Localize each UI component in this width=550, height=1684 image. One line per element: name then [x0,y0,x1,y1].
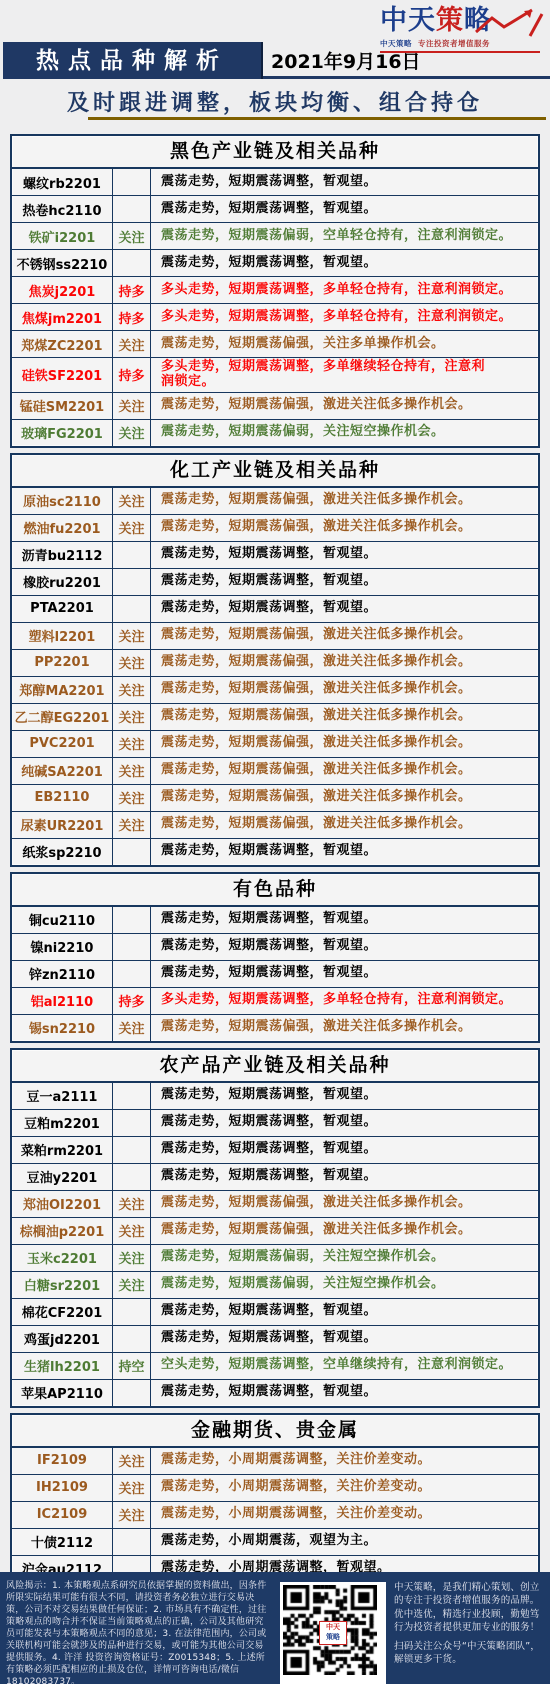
qr-center-logo: 中天 策略 [319,1621,347,1645]
contract-name: 原油sc2110 [12,488,113,514]
strategy-comment: 多头走势，短期震荡调整，多单轻仓持有，注意利润锁定。 [151,277,538,303]
strategy-comment: 多头走势，短期震荡调整，多单继续轻仓持有，注意利润锁定。 [151,358,538,392]
strategy-comment: 震荡走势，短期震荡偏强，激进关注低多操作机会。 [151,623,538,649]
strategy-comment: 多头走势，短期震荡调整，多单轻仓持有，注意利润锁定。 [151,988,538,1014]
table-row: EB2110关注震荡走势，短期震荡偏强，激进关注低多操作机会。 [12,784,538,811]
strategy-comment: 震荡走势，小周期震荡调整，关注价差变动。 [151,1502,538,1528]
stance-label: 关注 [113,812,151,838]
stance-label: 持多 [113,304,151,330]
strategy-comment: 震荡走势，短期震荡调整，暂观望。 [151,1164,538,1190]
contract-name: 铜cu2110 [12,907,113,933]
strategy-comment: 震荡走势，短期震荡偏强，激进关注低多操作机会。 [151,731,538,757]
title-bar: 热点品种解析 2021年9月16日 [3,42,550,79]
strategy-comment: 震荡走势，短期震荡调整，暂观望。 [151,934,538,960]
contract-name: 锡sn2210 [12,1015,113,1041]
strategy-comment: 震荡走势，短期震荡调整，暂观望。 [151,1137,538,1163]
strategy-comment: 震荡走势，短期震荡偏强，激进关注低多操作机会。 [151,515,538,541]
contract-name: PP2201 [12,650,113,676]
contract-name: PVC2201 [12,731,113,757]
stance-label [113,196,151,222]
footer: 风险揭示：1. 本策略观点系研究员依据掌握的资料做出，因条件所限实际结果可能有很… [0,1572,550,1684]
stance-label: 关注 [113,515,151,541]
table-row: 锰硅SM2201关注震荡走势，短期震荡偏强，激进关注低多操作机会。 [12,392,538,419]
contract-name: 纯碱SA2201 [12,758,113,784]
strategy-comment: 震荡走势，短期震荡偏强，激进关注低多操作机会。 [151,785,538,811]
contract-name: IF2109 [12,1448,113,1474]
strategy-comment: 震荡走势，短期震荡调整，暂观望。 [151,1110,538,1136]
contract-name: 锌zn2110 [12,961,113,987]
stance-label: 关注 [113,1218,151,1244]
strategy-comment: 震荡走势，短期震荡调整，暂观望。 [151,1083,538,1109]
stance-label: 关注 [113,1448,151,1474]
table-row: 螺纹rb2201震荡走势，短期震荡调整，暂观望。 [12,169,538,195]
contract-name: 菜粕rm2201 [12,1137,113,1163]
report-date: 2021年9月16日 [263,42,550,79]
stance-label: 关注 [113,1475,151,1501]
table-row: 生猪lh2201持空空头走势，短期震荡调整，空单继续持有，注意利润锁定。 [12,1352,538,1379]
contract-name: 燃油fu2201 [12,515,113,541]
table-row: 十债2112震荡走势，小周期震荡，观望为主。 [12,1528,538,1555]
table-row: IC2109关注震荡走势，小周期震荡调整，关注价差变动。 [12,1501,538,1528]
section-title: 有色品种 [12,874,538,907]
qr-logo-line1: 中天 [320,1622,346,1632]
strategy-comment: 震荡走势，短期震荡调整，暂观望。 [151,196,538,222]
strategy-comment: 震荡走势，短期震荡偏强，激进关注低多操作机会。 [151,650,538,676]
stance-label [113,542,151,568]
contract-name: PTA2201 [12,596,113,622]
contract-name: 铁矿i2201 [12,223,113,249]
stance-label [113,1529,151,1555]
stance-label [113,934,151,960]
brand-promo: 中天策略，是我们精心策划、创立的专注于投资者增值服务的品牌。优中选优，精选行业投… [394,1581,544,1678]
gold-divider [88,117,546,120]
contract-name: 豆一a2111 [12,1083,113,1109]
contract-name: 纸浆sp2210 [12,839,113,865]
table-row: 橡胶ru2201震荡走势，短期震荡调整，暂观望。 [12,568,538,595]
logo-part: 略 [464,5,492,36]
table-row: 塑料l2201关注震荡走势，短期震荡偏强，激进关注低多操作机会。 [12,622,538,649]
contract-name: 鸡蛋jd2201 [12,1326,113,1352]
strategy-comment: 多头走势，短期震荡调整，多单轻仓持有，注意利润锁定。 [151,304,538,330]
stance-label: 关注 [113,1191,151,1217]
contract-name: 郑煤ZC2201 [12,331,113,357]
qr-code: 中天 策略 [280,1582,386,1684]
stance-label [113,961,151,987]
table-row: 郑煤ZC2201关注震荡走势，短期震荡偏强，关注多单操作机会。 [12,330,538,357]
strategy-comment: 震荡走势，短期震荡偏强，激进关注低多操作机会。 [151,1218,538,1244]
page-title: 热点品种解析 [3,42,263,79]
stance-label: 持空 [113,1353,151,1379]
stance-label: 关注 [113,420,151,446]
strategy-comment: 震荡走势，短期震荡调整，暂观望。 [151,596,538,622]
table-row: 尿素UR2201关注震荡走势，短期震荡偏强，激进关注低多操作机会。 [12,811,538,838]
strategy-comment: 震荡走势，短期震荡偏强，关注多单操作机会。 [151,331,538,357]
logo-part: 中天 [380,5,436,36]
section-table: 黑色产业链及相关品种螺纹rb2201震荡走势，短期震荡调整，暂观望。热卷hc21… [10,134,540,448]
table-row: 铁矿i2201关注震荡走势，短期震荡偏弱，空单轻仓持有，注意利润锁定。 [12,222,538,249]
stance-label: 持多 [113,988,151,1014]
contract-name: 豆油y2201 [12,1164,113,1190]
strategy-comment: 震荡走势，短期震荡调整，暂观望。 [151,839,538,865]
contract-name: 橡胶ru2201 [12,569,113,595]
strategy-comment: 震荡走势，短期震荡偏弱，关注短空操作机会。 [151,1272,538,1298]
stance-label [113,596,151,622]
stance-label: 关注 [113,393,151,419]
contract-name: 玻璃FG2201 [12,420,113,446]
strategy-comment: 震荡走势，短期震荡调整，暂观望。 [151,907,538,933]
table-row: 燃油fu2201关注震荡走势，短期震荡偏强，激进关注低多操作机会。 [12,514,538,541]
strategy-comment: 震荡走势，短期震荡偏强，激进关注低多操作机会。 [151,677,538,703]
section-table: 有色品种铜cu2110震荡走势，短期震荡调整，暂观望。镍ni2210震荡走势，短… [10,872,540,1043]
contract-name: 塑料l2201 [12,623,113,649]
strategy-comment: 震荡走势，短期震荡偏强，激进关注低多操作机会。 [151,393,538,419]
logo-part: 策 [436,5,464,36]
strategy-comment: 震荡走势，短期震荡偏弱，关注短空操作机会。 [151,420,538,446]
table-row: 白糖sr2201关注震荡走势，短期震荡偏弱，关注短空操作机会。 [12,1271,538,1298]
contract-name: EB2110 [12,785,113,811]
stance-label: 关注 [113,331,151,357]
contract-name: 玉米c2201 [12,1245,113,1271]
contract-name: IH2109 [12,1475,113,1501]
contract-name: 焦煤jm2201 [12,304,113,330]
table-row: 焦煤jm2201持多多头走势，短期震荡调整，多单轻仓持有，注意利润锁定。 [12,303,538,330]
section-table: 农产品产业链及相关品种豆一a2111震荡走势，短期震荡调整，暂观望。豆粕m220… [10,1048,540,1408]
strategy-comment: 震荡走势，短期震荡偏强，激进关注低多操作机会。 [151,704,538,730]
strategy-comment: 震荡走势，短期震荡调整，暂观望。 [151,542,538,568]
strategy-comment: 震荡走势，短期震荡偏强，激进关注低多操作机会。 [151,1191,538,1217]
stance-label: 持多 [113,277,151,303]
table-row: 纸浆sp2210震荡走势，短期震荡调整，暂观望。 [12,838,538,865]
strategy-comment: 震荡走势，短期震荡偏弱，空单轻仓持有，注意利润锁定。 [151,223,538,249]
table-row: 豆油y2201震荡走势，短期震荡调整，暂观望。 [12,1163,538,1190]
section-title: 黑色产业链及相关品种 [12,136,538,169]
table-row: 纯碱SA2201关注震荡走势，短期震荡偏强，激进关注低多操作机会。 [12,757,538,784]
stance-label: 关注 [113,1502,151,1528]
table-row: 热卷hc2110震荡走势，短期震荡调整，暂观望。 [12,195,538,222]
stance-label: 关注 [113,704,151,730]
contract-name: 白糖sr2201 [12,1272,113,1298]
contract-name: 豆粕m2201 [12,1110,113,1136]
strategy-comment: 震荡走势，短期震荡调整，暂观望。 [151,250,538,276]
strategy-comment: 震荡走势，短期震荡偏强，激进关注低多操作机会。 [151,812,538,838]
table-row: 苹果AP2110震荡走势，短期震荡调整，暂观望。 [12,1379,538,1406]
stance-label [113,1380,151,1406]
stance-label [113,1326,151,1352]
table-row: 铝al2110持多多头走势，短期震荡调整，多单轻仓持有，注意利润锁定。 [12,987,538,1014]
table-row: 棕榈油p2201关注震荡走势，短期震荡偏强，激进关注低多操作机会。 [12,1217,538,1244]
strategy-comment: 震荡走势，短期震荡调整，暂观望。 [151,569,538,595]
stance-label [113,1110,151,1136]
table-row: 沥青bu2112震荡走势，短期震荡调整，暂观望。 [12,541,538,568]
stance-label: 关注 [113,731,151,757]
table-row: PP2201关注震荡走势，短期震荡偏强，激进关注低多操作机会。 [12,649,538,676]
section-table: 化工产业链及相关品种原油sc2110关注震荡走势，短期震荡偏强，激进关注低多操作… [10,453,540,867]
contract-name: 尿素UR2201 [12,812,113,838]
stance-label: 持多 [113,358,151,392]
table-row: 原油sc2110关注震荡走势，短期震荡偏强，激进关注低多操作机会。 [12,488,538,514]
strategy-comment: 震荡走势，短期震荡调整，暂观望。 [151,169,538,195]
stance-label: 关注 [113,623,151,649]
stance-label [113,839,151,865]
table-row: 玻璃FG2201关注震荡走势，短期震荡偏弱，关注短空操作机会。 [12,419,538,446]
table-row: 棉花CF2201震荡走势，短期震荡调整，暂观望。 [12,1298,538,1325]
table-row: PVC2201关注震荡走势，短期震荡偏强，激进关注低多操作机会。 [12,730,538,757]
section-title: 化工产业链及相关品种 [12,455,538,488]
table-row: 鸡蛋jd2201震荡走势，短期震荡调整，暂观望。 [12,1325,538,1352]
contract-name: 铝al2110 [12,988,113,1014]
contract-name: IC2109 [12,1502,113,1528]
contract-name: 锰硅SM2201 [12,393,113,419]
contract-name: 郑醇MA2201 [12,677,113,703]
report-subtitle: 及时跟进调整，板块均衡、组合持仓 [0,86,550,117]
risk-disclaimer: 风险揭示：1. 本策略观点系研究员依据掌握的资料做出，因条件所限实际结果可能有很… [6,1581,272,1678]
section-title: 金融期货、贵金属 [12,1415,538,1448]
strategy-comment: 震荡走势，短期震荡调整，暂观望。 [151,961,538,987]
table-row: 豆一a2111震荡走势，短期震荡调整，暂观望。 [12,1083,538,1109]
stance-label [113,250,151,276]
table-row: 焦炭j2201持多多头走势，短期震荡调整，多单轻仓持有，注意利润锁定。 [12,276,538,303]
strategy-comment: 震荡走势，短期震荡调整，暂观望。 [151,1380,538,1406]
strategy-comment: 震荡走势，短期震荡偏强，激进关注低多操作机会。 [151,488,538,514]
table-row: IF2109关注震荡走势，小周期震荡调整，关注价差变动。 [12,1448,538,1474]
table-row: 郑醇MA2201关注震荡走势，短期震荡偏强，激进关注低多操作机会。 [12,676,538,703]
contract-name: 乙二醇EG2201 [12,704,113,730]
strategy-comment: 震荡走势，小周期震荡调整，关注价差变动。 [151,1475,538,1501]
stance-label: 关注 [113,758,151,784]
contract-name: 镍ni2210 [12,934,113,960]
stance-label [113,1137,151,1163]
contract-name: 热卷hc2110 [12,196,113,222]
stance-label [113,1164,151,1190]
contract-name: 不锈钢ss2210 [12,250,113,276]
stance-label [113,1083,151,1109]
table-row: 镍ni2210震荡走势，短期震荡调整，暂观望。 [12,933,538,960]
table-row: 菜粕rm2201震荡走势，短期震荡调整，暂观望。 [12,1136,538,1163]
sections-container: 黑色产业链及相关品种螺纹rb2201震荡走势，短期震荡调整，暂观望。热卷hc21… [10,134,540,1616]
table-row: IH2109关注震荡走势，小周期震荡调整，关注价差变动。 [12,1474,538,1501]
contract-name: 硅铁SF2201 [12,358,113,392]
qr-logo-line2: 策略 [320,1632,346,1642]
table-row: 不锈钢ss2210震荡走势，短期震荡调整，暂观望。 [12,249,538,276]
stance-label: 关注 [113,1245,151,1271]
promo-paragraph: 扫码关注公众号“中天策略团队”，解锁更多干货。 [394,1640,544,1667]
contract-name: 郑油OI2201 [12,1191,113,1217]
stance-label [113,1299,151,1325]
table-row: 锡sn2210关注震荡走势，短期震荡偏强，激进关注低多操作机会。 [12,1014,538,1041]
table-row: 硅铁SF2201持多多头走势，短期震荡调整，多单继续轻仓持有，注意利润锁定。 [12,357,538,392]
report-page: 中天策略 中天策略专注投资者增值服务 热点品种解析 2021年9月16日 及时跟… [0,0,550,1684]
section-title: 农产品产业链及相关品种 [12,1050,538,1083]
strategy-comment: 震荡走势，短期震荡调整，暂观望。 [151,1299,538,1325]
contract-name: 棉花CF2201 [12,1299,113,1325]
table-row: 郑油OI2201关注震荡走势，短期震荡偏强，激进关注低多操作机会。 [12,1190,538,1217]
strategy-comment: 震荡走势，小周期震荡，观望为主。 [151,1529,538,1555]
table-row: PTA2201震荡走势，短期震荡调整，暂观望。 [12,595,538,622]
table-row: 豆粕m2201震荡走势，短期震荡调整，暂观望。 [12,1109,538,1136]
strategy-comment: 震荡走势，短期震荡偏强，激进关注低多操作机会。 [151,1015,538,1041]
strategy-comment: 震荡走势，短期震荡偏强，激进关注低多操作机会。 [151,758,538,784]
stance-label: 关注 [113,677,151,703]
table-row: 铜cu2110震荡走势，短期震荡调整，暂观望。 [12,907,538,933]
contract-name: 沥青bu2112 [12,542,113,568]
stance-label [113,169,151,195]
strategy-comment: 震荡走势，小周期震荡调整，关注价差变动。 [151,1448,538,1474]
contract-name: 焦炭j2201 [12,277,113,303]
contract-name: 十债2112 [12,1529,113,1555]
stance-label: 关注 [113,223,151,249]
contract-name: 棕榈油p2201 [12,1218,113,1244]
table-row: 乙二醇EG2201关注震荡走势，短期震荡偏强，激进关注低多操作机会。 [12,703,538,730]
promo-paragraph: 中天策略，是我们精心策划、创立的专注于投资者增值服务的品牌。优中选优，精选行业投… [394,1581,544,1635]
strategy-comment: 震荡走势，短期震荡偏弱，关注短空操作机会。 [151,1245,538,1271]
stance-label: 关注 [113,785,151,811]
strategy-comment: 空头走势，短期震荡调整，空单继续持有，注意利润锁定。 [151,1353,538,1379]
contract-name: 生猪lh2201 [12,1353,113,1379]
strategy-comment: 震荡走势，短期震荡调整，暂观望。 [151,1326,538,1352]
contract-name: 螺纹rb2201 [12,169,113,195]
stance-label: 关注 [113,1272,151,1298]
stance-label: 关注 [113,1015,151,1041]
brand-logo-text: 中天策略 [380,6,540,36]
stance-label [113,569,151,595]
stance-label [113,907,151,933]
stance-label: 关注 [113,650,151,676]
contract-name: 苹果AP2110 [12,1380,113,1406]
table-row: 玉米c2201关注震荡走势，短期震荡偏弱，关注短空操作机会。 [12,1244,538,1271]
stance-label: 关注 [113,488,151,514]
table-row: 锌zn2110震荡走势，短期震荡调整，暂观望。 [12,960,538,987]
